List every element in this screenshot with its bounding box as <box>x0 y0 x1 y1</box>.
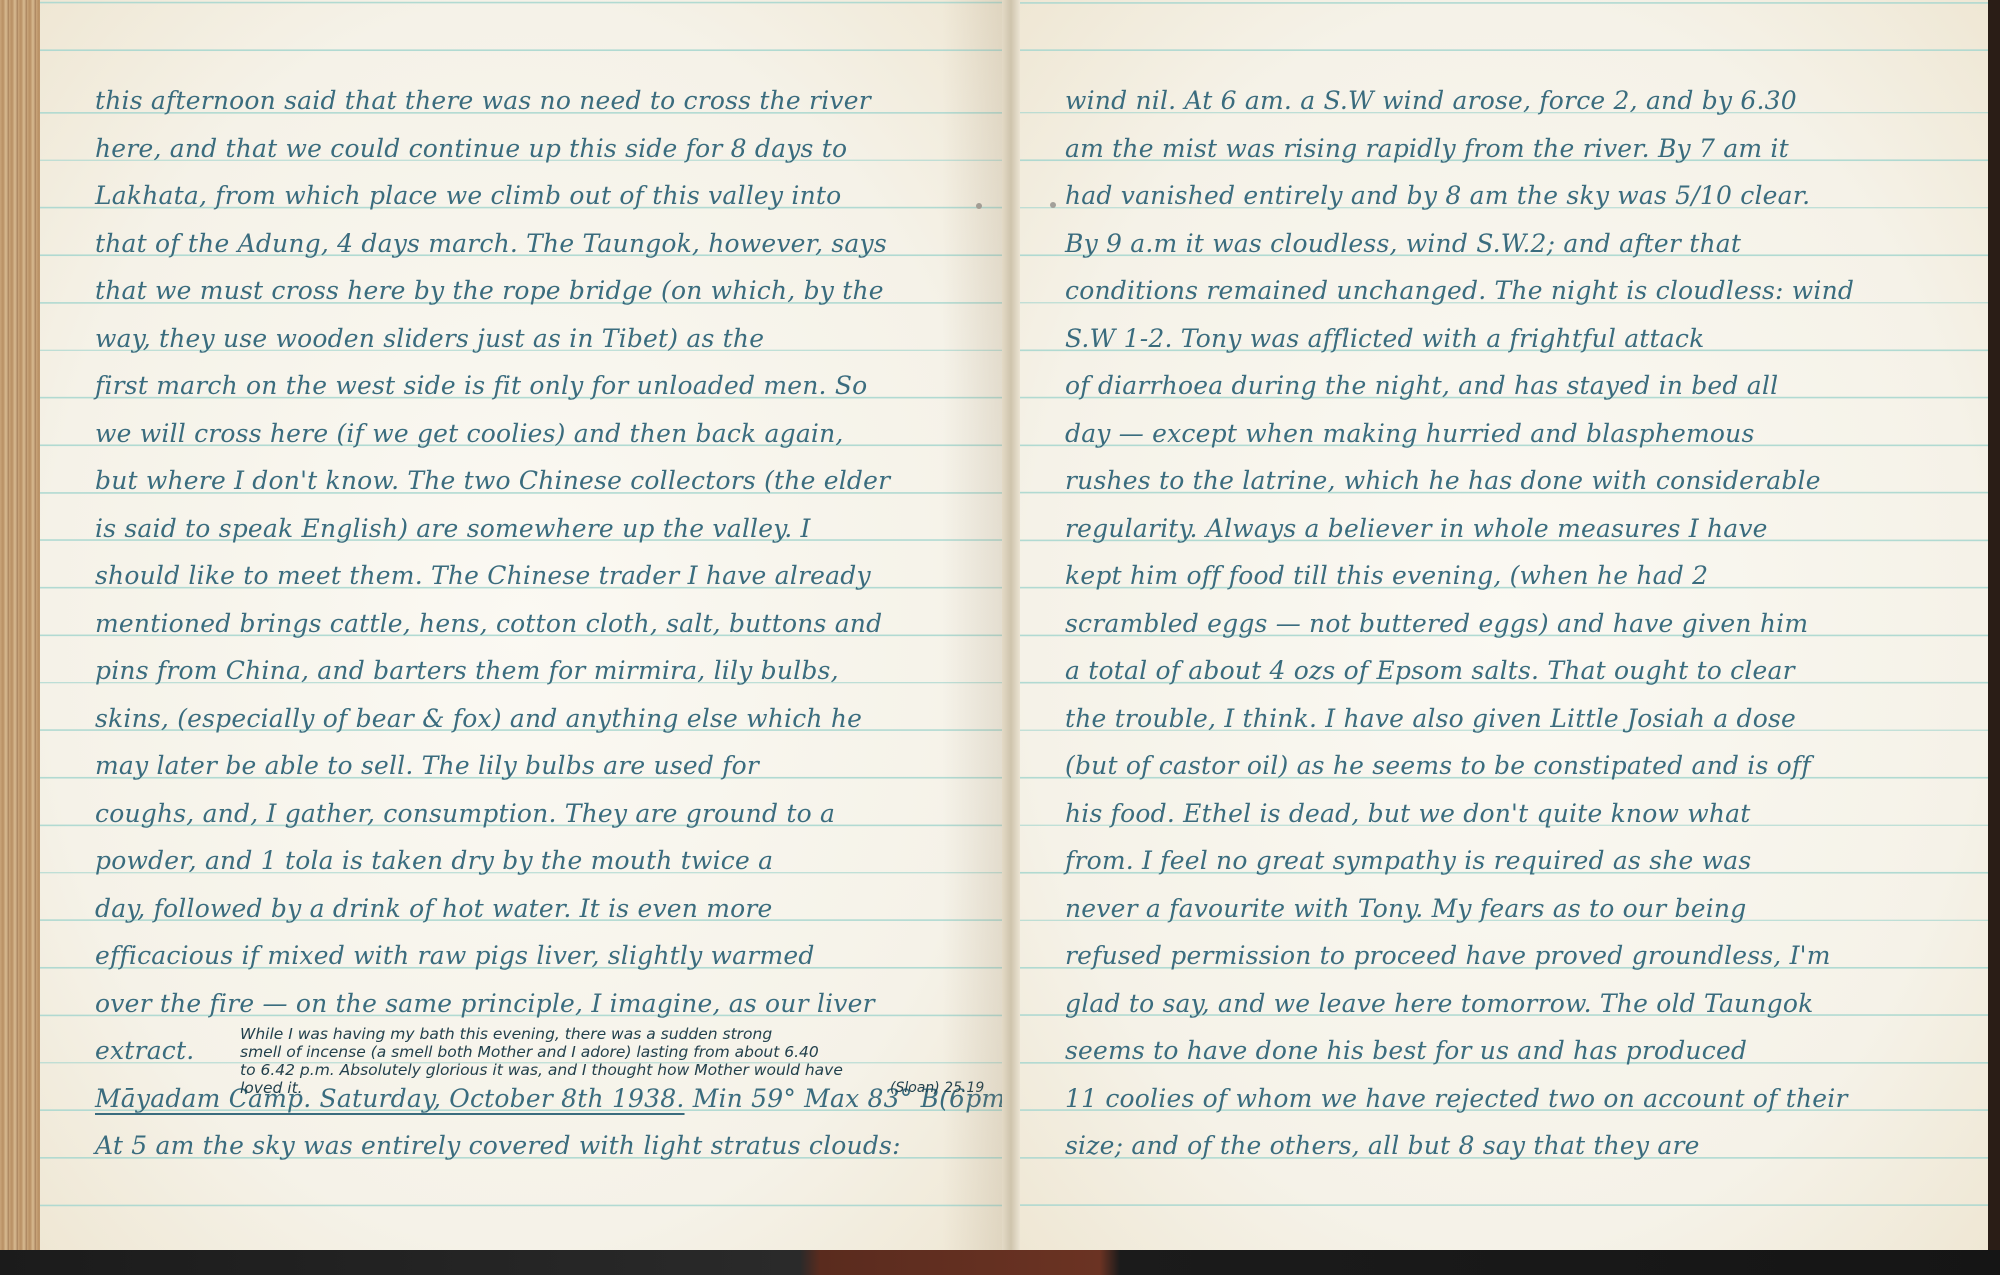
note-reference: (Sloan) 25.19 <box>890 1080 984 1096</box>
text-line: this afternoon said that there was no ne… <box>40 77 1002 125</box>
margin-mark <box>1050 202 1056 208</box>
text-line: glad to say, and we leave here tomorrow.… <box>1020 980 1988 1028</box>
page-edges-left <box>0 0 40 1255</box>
text-line: from. I feel no great sympathy is requir… <box>1020 837 1988 885</box>
text-line: seems to have done his best for us and h… <box>1020 1027 1988 1075</box>
margin-mark <box>976 203 982 209</box>
text-line: here, and that we could continue up this… <box>40 125 1002 173</box>
text-line: mentioned brings cattle, hens, cotton cl… <box>40 600 1002 648</box>
text-line: efficacious if mixed with raw pigs liver… <box>40 932 1002 980</box>
text-line: 11 coolies of whom we have rejected two … <box>1020 1075 1988 1123</box>
text-line: refused permission to proceed have prove… <box>1020 932 1988 980</box>
text-line: but where I don't know. The two Chinese … <box>40 457 1002 505</box>
note-line: smell of incense (a smell both Mother an… <box>240 1043 1000 1061</box>
text-line: a total of about 4 ozs of Epsom salts. T… <box>1020 647 1988 695</box>
text-line: pins from China, and barters them for mi… <box>40 647 1002 695</box>
left-page: this afternoon said that there was no ne… <box>40 0 1002 1250</box>
text-line: coughs, and, I gather, consumption. They… <box>40 790 1002 838</box>
text-line: we will cross here (if we get coolies) a… <box>40 410 1002 458</box>
text-line: (but of castor oil) as he seems to be co… <box>1020 742 1988 790</box>
note-line: loved it. <box>240 1079 1000 1097</box>
text-line: may later be able to sell. The lily bulb… <box>40 742 1002 790</box>
right-page-text: wind nil. At 6 am. a S.W wind arose, for… <box>1020 0 1988 1170</box>
text-line: way, they use wooden sliders just as in … <box>40 315 1002 363</box>
text-line: By 9 a.m it was cloudless, wind S.W.2; a… <box>1020 220 1988 268</box>
right-page: wind nil. At 6 am. a S.W wind arose, for… <box>1020 0 1988 1250</box>
text-line: day — except when making hurried and bla… <box>1020 410 1988 458</box>
text-line: wind nil. At 6 am. a S.W wind arose, for… <box>1020 77 1988 125</box>
text-line: rushes to the latrine, which he has done… <box>1020 457 1988 505</box>
text-line: first march on the west side is fit only… <box>40 362 1002 410</box>
left-page-text: this afternoon said that there was no ne… <box>40 0 1002 1170</box>
text-line: never a favourite with Tony. My fears as… <box>1020 885 1988 933</box>
text-line: is said to speak English) are somewhere … <box>40 505 1002 553</box>
cover-edge-right <box>1988 0 2000 1255</box>
notebook-spread: this afternoon said that there was no ne… <box>0 0 2000 1255</box>
book-gutter <box>1002 0 1020 1250</box>
text-line: over the fire — on the same principle, I… <box>40 980 1002 1028</box>
text-line: day, followed by a drink of hot water. I… <box>40 885 1002 933</box>
table-surface <box>0 1250 2000 1275</box>
inserted-note: While I was having my bath this evening,… <box>240 1025 1000 1097</box>
text-line: that of the Adung, 4 days march. The Tau… <box>40 220 1002 268</box>
text-line: am the mist was rising rapidly from the … <box>1020 125 1988 173</box>
text-line: Lakhata, from which place we climb out o… <box>40 172 1002 220</box>
text-line: had vanished entirely and by 8 am the sk… <box>1020 172 1988 220</box>
text-line: his food. Ethel is dead, but we don't qu… <box>1020 790 1988 838</box>
text-line: kept him off food till this evening, (wh… <box>1020 552 1988 600</box>
text-line: S.W 1-2. Tony was afflicted with a frigh… <box>1020 315 1988 363</box>
text-line: of diarrhoea during the night, and has s… <box>1020 362 1988 410</box>
text-line: regularity. Always a believer in whole m… <box>1020 505 1988 553</box>
text-line: skins, (especially of bear & fox) and an… <box>40 695 1002 743</box>
text-line: At 5 am the sky was entirely covered wit… <box>40 1122 1002 1170</box>
note-line: to 6.42 p.m. Absolutely glorious it was,… <box>240 1061 1000 1079</box>
text-line: powder, and 1 tola is taken dry by the m… <box>40 837 1002 885</box>
text-line: scrambled eggs — not buttered eggs) and … <box>1020 600 1988 648</box>
text-line: conditions remained unchanged. The night… <box>1020 267 1988 315</box>
text-line: should like to meet them. The Chinese tr… <box>40 552 1002 600</box>
text-line: the trouble, I think. I have also given … <box>1020 695 1988 743</box>
text-line: that we must cross here by the rope brid… <box>40 267 1002 315</box>
text-line: size; and of the others, all but 8 say t… <box>1020 1122 1988 1170</box>
note-line: While I was having my bath this evening,… <box>240 1025 1000 1043</box>
